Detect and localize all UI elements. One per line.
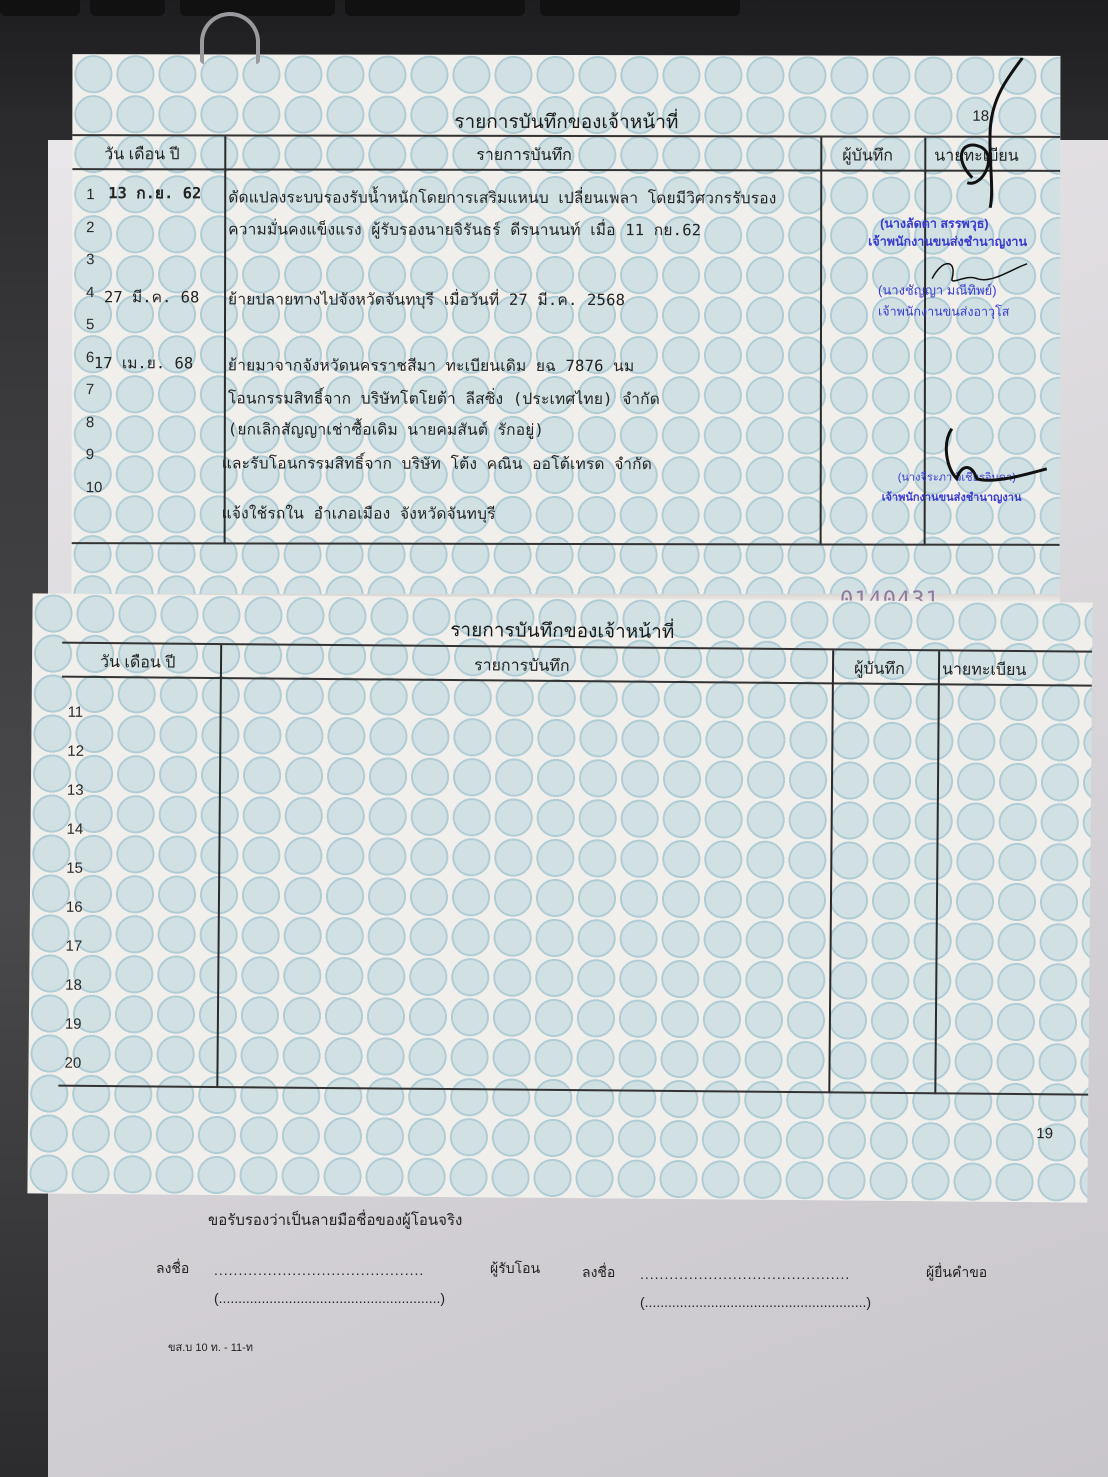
keyboard-key [180,0,335,16]
keyboard-key [345,0,525,16]
entry-line: ดัดแปลงระบบรองรับน้ำหนักโดยการเสริมแหนบ … [228,184,776,210]
records-table: วัน เดือน ปี รายการบันทึก ผู้บันทึก นายท… [72,134,1061,546]
entry-line: (ยกเลิกสัญญาเช่าซื้อเดิม นายคมสันต์ รักอ… [228,416,544,442]
sign-line-applicant: ........................................… [640,1266,850,1282]
entry-line: และรับโอนกรรมสิทธิ์จาก บริษัท โต้ง คณิน … [222,450,652,476]
entry-date: 17 เม.ย. 68 [94,350,193,375]
column-divider [216,645,222,1088]
header-entry: รายการบันทึก [476,143,572,168]
officer-signature [922,254,1032,294]
role-transferee: ผู้รับโอน [490,1258,540,1280]
role-applicant: ผู้ยื่นคำขอ [926,1262,987,1284]
keyboard-key [90,0,165,16]
row-number: 20 [64,1055,81,1072]
officer-stamp-position: เจ้าพนักงานขนส่งชำนาญงาน [868,232,1027,252]
officer-stamp-position: เจ้าพนักงานขนส่งอาวุโส [878,302,1009,322]
row-number: 7 [86,381,94,398]
header-recorder: ผู้บันทึก [842,143,893,168]
entry-date: 27 มี.ค. 68 [104,284,199,309]
entry-line: ย้ายมาจากจังหวัดนครราชสีมา ทะเบียนเดิม ย… [228,352,635,378]
entry-line: ย้ายปลายทางไปจังหวัดจันทบุรี เมื่อวันที่… [228,286,625,312]
row-number: 14 [67,821,84,838]
entry-line: ความมั่นคงแข็งแรง ผู้รับรองนายจิรันธร์ ด… [228,216,701,242]
column-divider [224,136,227,544]
row-number: 9 [86,446,94,463]
column-divider [934,651,940,1094]
header-recorder: ผู้บันทึก [854,657,905,682]
row-number: 5 [86,316,94,333]
form-code: ขส.บ 10 ท. - 11-ท [168,1338,253,1356]
record-page-19: รายการบันทึกของเจ้าหน้าที่ 19 วัน เดือน … [27,593,1092,1202]
row-number: 17 [65,938,82,955]
row-number: 3 [86,251,94,268]
row-number: 4 [86,284,94,301]
keyboard-key [540,0,740,16]
page-number: 19 [1036,1125,1053,1142]
row-number: 19 [65,1016,82,1033]
name-line-applicant: (.......................................… [640,1294,871,1310]
entry-date: 13 ก.ย. 62 [108,180,201,205]
officer-signature [932,424,1052,494]
row-number: 16 [66,899,83,916]
row-number: 2 [86,219,94,236]
records-table: วัน เดือน ปี รายการบันทึก ผู้บันทึก นายท… [58,642,1092,1096]
row-number: 15 [66,860,83,877]
sign-label-applicant: ลงชื่อ [582,1262,615,1284]
name-line-transferee: (.......................................… [214,1290,445,1306]
sign-line-transferee: ........................................… [214,1262,424,1278]
record-page-18: รายการบันทึกของเจ้าหน้าที่ 18 วัน เดือน … [72,54,1061,596]
header-date: วัน เดือน ปี [104,142,179,167]
row-number: 18 [65,977,82,994]
row-number: 12 [67,743,84,760]
registrar-signature [912,58,1032,218]
row-number: 1 [86,186,94,203]
header-registrar: นายทะเบียน [942,657,1027,683]
column-divider [820,137,823,545]
entry-line: โอนกรรมสิทธิ์จาก บริษัทโตโยต้า ลีสซิ่ง (… [228,385,660,411]
row-number: 10 [86,479,103,496]
header-entry: รายการบันทึก [474,653,570,679]
row-number: 13 [67,782,84,799]
entry-line: แจ้งใช้รถใน อำเภอเมือง จังหวัดจันทบุรี [222,500,496,525]
column-divider [828,650,834,1093]
row-number: 11 [68,704,84,721]
keyboard-key [0,0,80,16]
sign-label-transferee: ลงชื่อ [156,1258,189,1280]
table-bottom-rule [72,542,1060,546]
binder-clip [200,12,260,64]
header-date: วัน เดือน ปี [100,650,176,676]
certify-text: ขอรับรองว่าเป็นลายมือชื่อของผู้โอนจริง [208,1208,462,1232]
row-number: 8 [86,414,94,431]
